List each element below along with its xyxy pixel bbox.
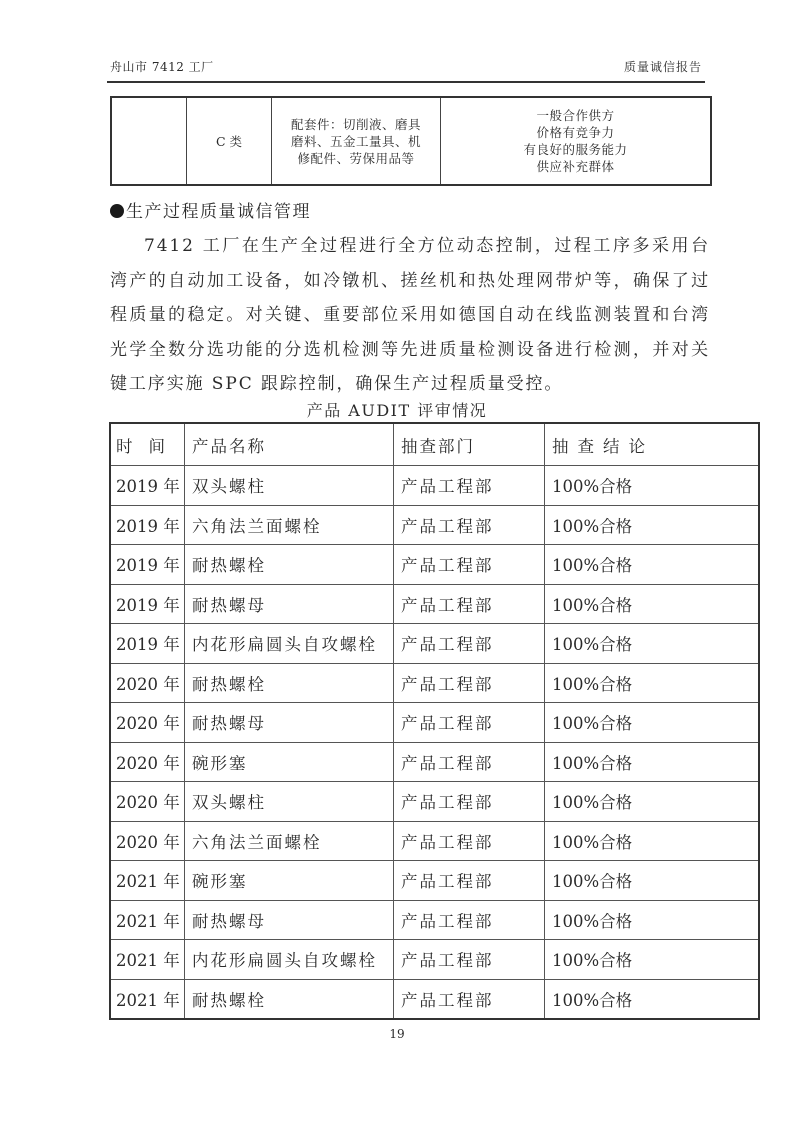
table-cell-department: 产品工程部 — [394, 861, 545, 901]
table-cell-result: 100%合格 — [545, 663, 760, 703]
table-cell-department: 产品工程部 — [394, 663, 545, 703]
table-cell-department: 产品工程部 — [394, 742, 545, 782]
table-cell-result: 100%合格 — [545, 584, 760, 624]
table-cell-time: 2020 年 — [110, 782, 185, 822]
table-cell-empty — [111, 97, 187, 185]
header-divider — [107, 81, 705, 83]
table-cell-product: 六角法兰面螺栓 — [185, 505, 394, 545]
table-cell-product: 耐热螺栓 — [185, 663, 394, 703]
table-cell-department: 产品工程部 — [394, 782, 545, 822]
table-cell-result: 100%合格 — [545, 466, 760, 506]
table-cell-time: 2020 年 — [110, 703, 185, 743]
table-cell-time: 2019 年 — [110, 545, 185, 585]
section-heading: 生产过程质量诚信管理 — [110, 197, 311, 222]
table-cell-time: 2019 年 — [110, 505, 185, 545]
table-cell-product: 耐热螺母 — [185, 584, 394, 624]
page-number: 19 — [0, 1027, 794, 1041]
table-row: 2019 年耐热螺栓产品工程部100%合格 — [110, 545, 759, 585]
table-row: 2020 年双头螺柱产品工程部100%合格 — [110, 782, 759, 822]
table-cell-time: 2021 年 — [110, 900, 185, 940]
table-cell-product: 耐热螺栓 — [185, 545, 394, 585]
table-cell-time: 2019 年 — [110, 624, 185, 664]
bullet-icon — [110, 204, 124, 218]
table-cell-time: 2021 年 — [110, 861, 185, 901]
table-cell-product: 耐热螺栓 — [185, 979, 394, 1019]
table-row: 2019 年双头螺柱产品工程部100%合格 — [110, 466, 759, 506]
table-row: 2021 年碗形塞产品工程部100%合格 — [110, 861, 759, 901]
table-cell-department: 产品工程部 — [394, 940, 545, 980]
table-row: 2021 年耐热螺栓产品工程部100%合格 — [110, 979, 759, 1019]
table-cell-department: 产品工程部 — [394, 703, 545, 743]
supplier-category-table: C 类 配套件：切削液、磨具 磨料、五金工量具、机 修配件、劳保用品等 一般合作… — [110, 96, 712, 186]
table-cell-department: 产品工程部 — [394, 979, 545, 1019]
body-paragraph: 7412 工厂在生产全过程进行全方位动态控制，过程工序多采用台湾产的自动加工设备… — [110, 229, 710, 402]
table-cell-result: 100%合格 — [545, 505, 760, 545]
table-row: 2020 年耐热螺母产品工程部100%合格 — [110, 703, 759, 743]
table-cell-time: 2021 年 — [110, 979, 185, 1019]
table-cell-product: 内花形扁圆头自攻螺栓 — [185, 624, 394, 664]
table-row: 2020 年耐热螺栓产品工程部100%合格 — [110, 663, 759, 703]
table-cell-result: 100%合格 — [545, 742, 760, 782]
header-org-name: 舟山市 7412 工厂 — [110, 58, 214, 75]
table-cell-time: 2020 年 — [110, 742, 185, 782]
table-cell-department: 产品工程部 — [394, 900, 545, 940]
table-cell-result: 100%合格 — [545, 545, 760, 585]
table-cell-product: 碗形塞 — [185, 861, 394, 901]
table-cell-department: 产品工程部 — [394, 584, 545, 624]
table-cell-result: 100%合格 — [545, 940, 760, 980]
table-header-row: 时间 产品名称 抽查部门 抽查结论 — [110, 423, 759, 466]
table-cell-product: 六角法兰面螺栓 — [185, 821, 394, 861]
table-row: 2019 年内花形扁圆头自攻螺栓产品工程部100%合格 — [110, 624, 759, 664]
column-header-result: 抽查结论 — [545, 423, 760, 466]
header-report-title: 质量诚信报告 — [624, 58, 702, 75]
table-cell-result: 100%合格 — [545, 979, 760, 1019]
table-cell-category: C 类 — [187, 97, 272, 185]
table-cell-description: 一般合作供方 价格有竞争力 有良好的服务能力 供应补充群体 — [441, 97, 712, 185]
table-cell-product: 耐热螺母 — [185, 900, 394, 940]
table-row: 2021 年耐热螺母产品工程部100%合格 — [110, 900, 759, 940]
table-row: 2021 年内花形扁圆头自攻螺栓产品工程部100%合格 — [110, 940, 759, 980]
table-cell-product: 双头螺柱 — [185, 782, 394, 822]
table-cell-time: 2020 年 — [110, 821, 185, 861]
table-cell-department: 产品工程部 — [394, 466, 545, 506]
table-cell-department: 产品工程部 — [394, 821, 545, 861]
table-caption: 产品 AUDIT 评审情况 — [0, 398, 794, 421]
table-row: 2020 年六角法兰面螺栓产品工程部100%合格 — [110, 821, 759, 861]
table-cell-result: 100%合格 — [545, 821, 760, 861]
table-cell-result: 100%合格 — [545, 703, 760, 743]
table-cell-items: 配套件：切削液、磨具 磨料、五金工量具、机 修配件、劳保用品等 — [272, 97, 441, 185]
table-cell-time: 2021 年 — [110, 940, 185, 980]
table-cell-product: 双头螺柱 — [185, 466, 394, 506]
audit-table: 时间 产品名称 抽查部门 抽查结论 2019 年双头螺柱产品工程部100%合格2… — [109, 422, 760, 1020]
table-cell-department: 产品工程部 — [394, 545, 545, 585]
table-cell-time: 2019 年 — [110, 584, 185, 624]
table-cell-product: 碗形塞 — [185, 742, 394, 782]
section-heading-text: 生产过程质量诚信管理 — [126, 202, 311, 222]
table-row: 2020 年碗形塞产品工程部100%合格 — [110, 742, 759, 782]
table-cell-result: 100%合格 — [545, 624, 760, 664]
table-cell-department: 产品工程部 — [394, 505, 545, 545]
table-cell-result: 100%合格 — [545, 782, 760, 822]
column-header-time: 时间 — [110, 423, 185, 466]
table-cell-result: 100%合格 — [545, 861, 760, 901]
column-header-department: 抽查部门 — [394, 423, 545, 466]
table-cell-result: 100%合格 — [545, 900, 760, 940]
column-header-product: 产品名称 — [185, 423, 394, 466]
table-cell-time: 2019 年 — [110, 466, 185, 506]
table-cell-product: 内花形扁圆头自攻螺栓 — [185, 940, 394, 980]
table-row: 2019 年六角法兰面螺栓产品工程部100%合格 — [110, 505, 759, 545]
table-row: C 类 配套件：切削液、磨具 磨料、五金工量具、机 修配件、劳保用品等 一般合作… — [111, 97, 711, 185]
table-cell-product: 耐热螺母 — [185, 703, 394, 743]
table-row: 2019 年耐热螺母产品工程部100%合格 — [110, 584, 759, 624]
table-cell-department: 产品工程部 — [394, 624, 545, 664]
table-cell-time: 2020 年 — [110, 663, 185, 703]
